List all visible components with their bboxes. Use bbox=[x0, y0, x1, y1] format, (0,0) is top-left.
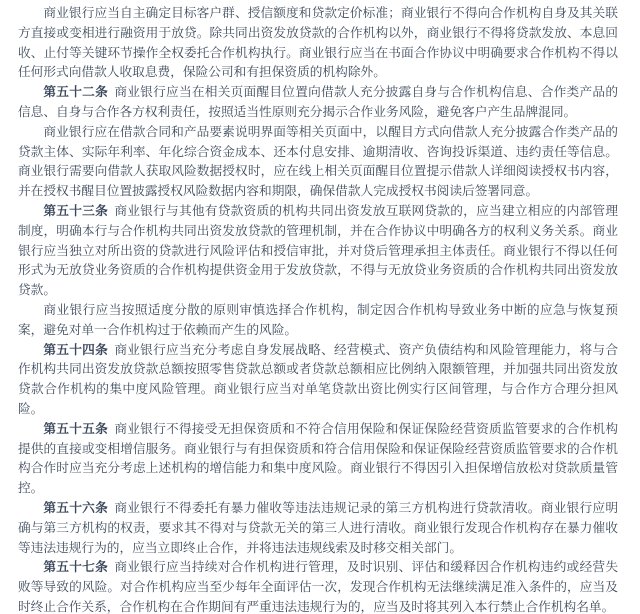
paragraph-text: 商业银行应当自主确定目标客户群、授信额度和贷款定价标准；商业银行不得向合作机构自… bbox=[18, 6, 618, 79]
paragraph: 第五十六条商业银行不得委托有暴力催收等违法违规记录的第三方机构进行贷款清收。商业… bbox=[18, 499, 618, 558]
paragraph: 商业银行应当自主确定目标客户群、授信额度和贷款定价标准；商业银行不得向合作机构自… bbox=[18, 4, 618, 83]
paragraph: 商业银行应当按照适度分散的原则审慎选择合作机构，制定因合作机构导致业务中断的应急… bbox=[18, 301, 618, 341]
article-number-label: 第五十五条 bbox=[43, 422, 108, 436]
paragraph: 第五十四条商业银行应当充分考虑自身发展战略、经营模式、资产负债结构和风险管理能力… bbox=[18, 341, 618, 420]
article-number-label: 第五十三条 bbox=[43, 204, 108, 218]
paragraph: 第五十七条商业银行应当持续对合作机构进行管理，及时识别、评估和缓释因合作机构违约… bbox=[18, 558, 618, 614]
paragraph-text: 商业银行应当充分考虑自身发展战略、经营模式、资产负债结构和风险管理能力，将与合作… bbox=[18, 343, 618, 416]
paragraph: 商业银行应在借款合同和产品要素说明界面等相关页面中，以醒目方式向借款人充分披露合… bbox=[18, 123, 618, 202]
paragraph-text: 商业银行应当在相关页面醒目位置向借款人充分披露自身与合作机构信息、合作类产品的信… bbox=[18, 85, 618, 119]
article-number-label: 第五十六条 bbox=[43, 501, 108, 515]
article-number-label: 第五十七条 bbox=[43, 560, 108, 574]
article-number-label: 第五十四条 bbox=[43, 343, 108, 357]
paragraph-text: 商业银行不得接受无担保资质和不符合信用保险和保证保险经营资质监管要求的合作机构提… bbox=[18, 422, 618, 495]
paragraph-text: 商业银行应在借款合同和产品要素说明界面等相关页面中，以醒目方式向借款人充分披露合… bbox=[18, 125, 618, 198]
paragraph-text: 商业银行应当按照适度分散的原则审慎选择合作机构，制定因合作机构导致业务中断的应急… bbox=[18, 303, 618, 337]
paragraph-text: 商业银行与其他有贷款资质的机构共同出资发放互联网贷款的，应当建立相应的内部管理制… bbox=[18, 204, 618, 297]
paragraph-text: 商业银行应当持续对合作机构进行管理，及时识别、评估和缓释因合作机构违约或经营失败… bbox=[18, 560, 618, 614]
article-number-label: 第五十二条 bbox=[43, 85, 108, 99]
paragraph: 第五十三条商业银行与其他有贷款资质的机构共同出资发放互联网贷款的，应当建立相应的… bbox=[18, 202, 618, 301]
paragraph-text: 商业银行不得委托有暴力催收等违法违规记录的第三方机构进行贷款清收。商业银行应明确… bbox=[18, 501, 618, 555]
document-body: 商业银行应当自主确定目标客户群、授信额度和贷款定价标准；商业银行不得向合作机构自… bbox=[0, 0, 640, 614]
paragraph: 第五十五条商业银行不得接受无担保资质和不符合信用保险和保证保险经营资质监管要求的… bbox=[18, 420, 618, 499]
paragraph: 第五十二条商业银行应当在相关页面醒目位置向借款人充分披露自身与合作机构信息、合作… bbox=[18, 83, 618, 123]
